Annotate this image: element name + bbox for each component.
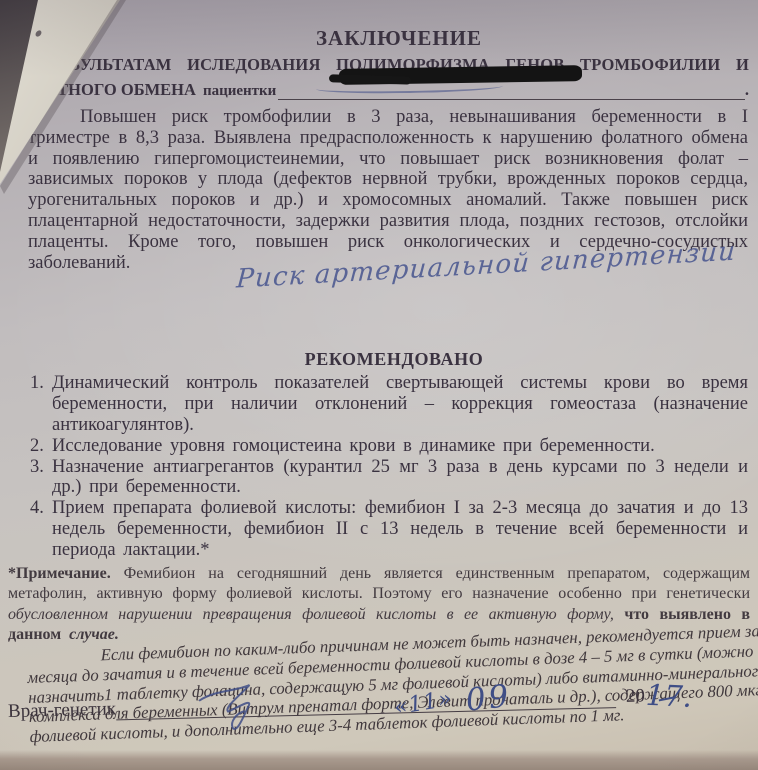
footnote-text: Фемибион на сегодняшний день является ед… [8, 565, 750, 603]
list-item-text: Прием препарата фолиевой кислоты: фемиби… [52, 498, 748, 560]
redaction-bar [339, 65, 582, 85]
list-item-number: 2. [30, 436, 44, 457]
list-item-number: 1. [30, 373, 44, 394]
list-item-text: Назначение антиагрегантов (курантил 25 м… [52, 457, 748, 498]
list-item: 2. Исследование уровня гомоцистеина кров… [30, 436, 748, 457]
footnote-marker: *Примечание. [8, 565, 111, 582]
footnote-text-bold-italic: случае. [69, 626, 119, 643]
patient-label: пациентки [203, 83, 276, 100]
handwritten-month: 09 [464, 678, 513, 719]
list-item-number: 3. [30, 457, 44, 478]
doctor-signature [193, 680, 284, 734]
list-item-text: Исследование уровня гомоцистеина крови в… [52, 436, 655, 456]
recommendations-list: 1. Динамический контроль показателей све… [30, 373, 748, 560]
list-item-text: Динамический контроль показателей сверты… [52, 373, 748, 435]
handwritten-year: 17. [645, 684, 692, 708]
document-title: ЗАКЛЮЧЕНИЕ [50, 26, 748, 51]
table-edge-strip [0, 750, 758, 770]
document-photo: ЗАКЛЮЧЕНИЕ ПО РЕЗУЛЬТАТАМ ИСЛЕДОВАНИЯ ПО… [0, 0, 758, 770]
doctor-label: Врач-генетик [8, 698, 117, 723]
year-prefix-printed: 20 [626, 685, 646, 707]
day-value: 11 [407, 689, 441, 719]
recommendations-heading: РЕКОМЕНДОВАНО [30, 349, 758, 370]
quote-close: » [436, 686, 454, 713]
subtitle-end-dot: . [745, 80, 749, 100]
list-item: 1. Динамический контроль показателей све… [30, 373, 748, 435]
list-item: 4. Прием препарата фолиевой кислоты: фем… [30, 498, 748, 560]
list-item: 3. Назначение антиагрегантов (курантил 2… [30, 457, 748, 499]
list-item-number: 4. [30, 498, 44, 519]
subtitle-line2: ФОЛАТНОГО ОБМЕНА пациентки . [8, 78, 749, 100]
footnote-text-italic: обусловленном нарушении превращения фоли… [8, 606, 624, 623]
patient-name-blank-line [278, 80, 745, 100]
year-group: 20 17. [626, 684, 693, 708]
